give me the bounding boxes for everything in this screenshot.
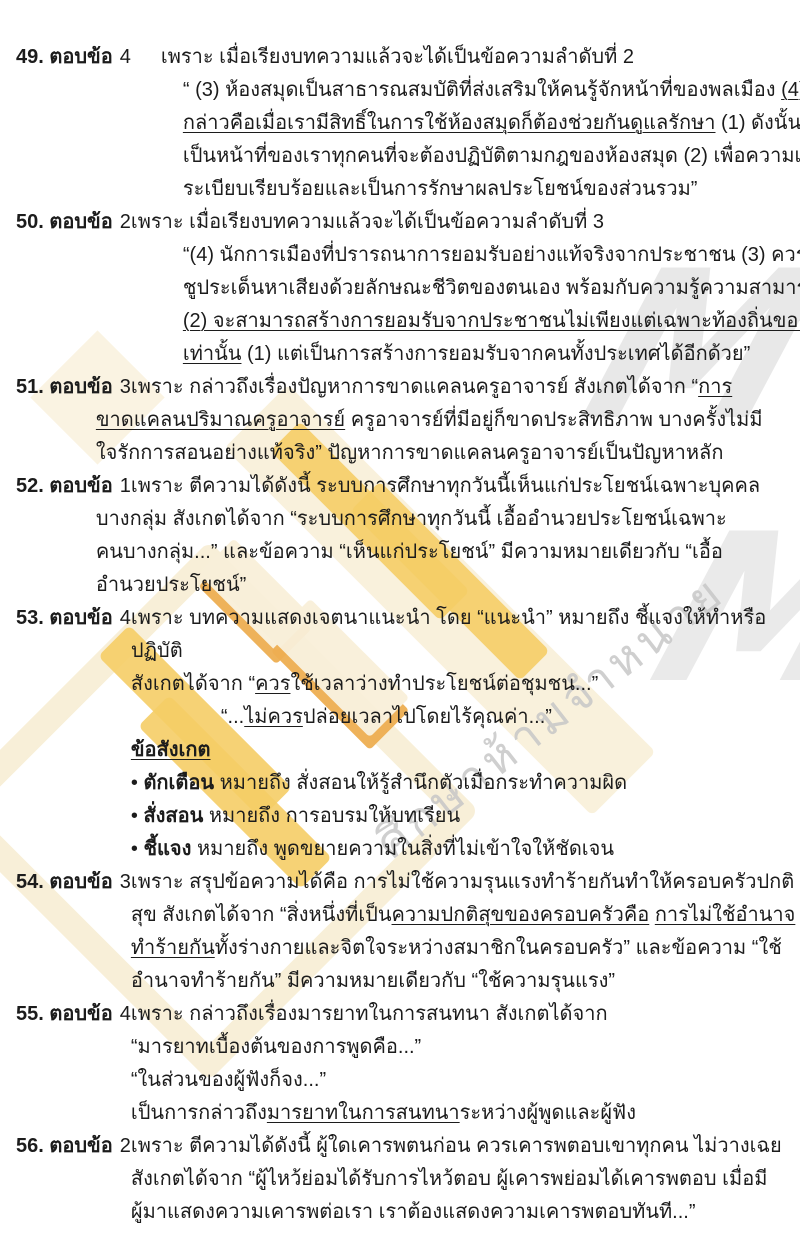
answer-choice: 2 [113,211,131,233]
explanation-line: “(4) นักการเมืองที่ปรารถนาการยอมรับอย่าง… [183,239,800,272]
explanation-line: สังเกตได้จาก “ควรใช้เวลาว่างทำประโยชน์ต่… [131,668,800,701]
answer-item-55: 55. ตอบข้อ4เพราะ กล่าวถึงเรื่องมารยาทในก… [0,998,800,1130]
answer-choice: 3 [113,376,131,398]
item-number-and-answer: 51. ตอบข้อ3 [0,371,131,404]
answer-list: 49. ตอบข้อ4เพราะ เมื่อเรียงบทความแล้วจะไ… [0,0,800,1229]
item-number: 54. ตอบข้อ [16,871,113,893]
explanation-body: เพราะ เมื่อเรียงบทความแล้วจะได้เป็นข้อคว… [131,41,800,206]
explanation-line: เพราะ เมื่อเรียงบทความแล้วจะได้เป็นข้อคว… [161,41,800,74]
explanation-line: • ชี้แจง หมายถึง พูดขยายความในสิ่งที่ไม่… [131,833,800,866]
explanation-line: “ (3) ห้องสมุดเป็นสาธารณสมบัติที่ส่งเสริ… [183,74,800,107]
explanation-line: • ตักเตือน หมายถึง สั่งสอนให้รู้สำนึกตัว… [131,767,800,800]
item-number-and-answer: 55. ตอบข้อ4 [0,998,131,1031]
answer-choice: 1 [113,475,131,497]
explanation-line: ขาดแคลนปริมาณครูอาจารย์ ครูอาจารย์ที่มีอ… [96,404,800,437]
explanation-line: “มารยาทเบื้องต้นของการพูดคือ...” [131,1031,800,1064]
answer-item-49: 49. ตอบข้อ4เพราะ เมื่อเรียงบทความแล้วจะไ… [0,41,800,206]
explanation-line: สุข สังเกตได้จาก “สิ่งหนึ่งที่เป็นความปก… [131,899,800,932]
explanation-line: สังเกตได้จาก “ผู้ไหว้ย่อมได้รับการไหว้ตอ… [131,1163,800,1196]
explanation-line: เพราะ เมื่อเรียงบทความแล้วจะได้เป็นข้อคว… [131,206,800,239]
explanation-body: เพราะ ตีความได้ดังนี้ ระบบการศึกษาทุกวัน… [131,470,800,602]
explanation-body: เพราะ บทความแสดงเจตนาแนะนำ โดย “แนะนำ” ห… [131,602,800,866]
explanation-line: ระเบียบเรียบร้อยและเป็นการรักษาผลประโยชน… [183,173,800,206]
explanation-line: เพราะ ตีความได้ดังนี้ ผู้ใดเคารพตนก่อน ค… [131,1130,800,1163]
explanation-body: เพราะ กล่าวถึงเรื่องมารยาทในการสนทนา สัง… [131,998,800,1130]
explanation-line: เพราะ บทความแสดงเจตนาแนะนำ โดย “แนะนำ” ห… [131,602,800,635]
explanation-line: บางกลุ่ม สังเกตได้จาก “ระบบการศึกษาทุกวั… [96,503,800,536]
item-number: 51. ตอบข้อ [16,376,113,398]
answer-item-54: 54. ตอบข้อ3เพราะ สรุปข้อความได้คือ การไม… [0,866,800,998]
item-number-and-answer: 56. ตอบข้อ2 [0,1130,131,1163]
item-number-and-answer: 53. ตอบข้อ4 [0,602,131,635]
explanation-line: ทำร้ายกันทั้งร่างกายและจิตใจระหว่างสมาชิ… [131,932,800,965]
answer-item-51: 51. ตอบข้อ3เพราะ กล่าวถึงเรื่องปัญหาการข… [0,371,800,470]
item-number: 53. ตอบข้อ [16,607,113,629]
answer-item-53: 53. ตอบข้อ4เพราะ บทความแสดงเจตนาแนะนำ โด… [0,602,800,866]
item-number-and-answer: 54. ตอบข้อ3 [0,866,131,899]
explanation-line: เท่านั้น (1) แต่เป็นการสร้างการยอมรับจาก… [183,338,800,371]
item-number: 50. ตอบข้อ [16,211,113,233]
item-number-and-answer: 52. ตอบข้อ1 [0,470,131,503]
answer-choice: 3 [113,871,131,893]
explanation-line: ปฏิบัติ [131,635,800,668]
explanation-line: กล่าวคือเมื่อเรามีสิทธิ์ในการใช้ห้องสมุด… [183,107,800,140]
explanation-line: เพราะ ตีความได้ดังนี้ ระบบการศึกษาทุกวัน… [131,470,800,503]
item-number: 55. ตอบข้อ [16,1003,113,1025]
item-number: 56. ตอบข้อ [16,1135,113,1157]
explanation-line: ข้อสังเกต [131,734,800,767]
explanation-line: อำนวยประโยชน์” [96,569,800,602]
item-number-and-answer: 50. ตอบข้อ2 [0,206,131,239]
answer-choice: 4 [113,1003,131,1025]
answer-item-52: 52. ตอบข้อ1เพราะ ตีความได้ดังนี้ ระบบการ… [0,470,800,602]
explanation-body: เพราะ เมื่อเรียงบทความแล้วจะได้เป็นข้อคว… [131,206,800,371]
item-number: 52. ตอบข้อ [16,475,113,497]
explanation-line: “...ไม่ควรปล่อยเวลาไปโดยไร้คุณค่า...” [221,701,800,734]
explanation-body: เพราะ ตีความได้ดังนี้ ผู้ใดเคารพตนก่อน ค… [131,1130,800,1229]
answer-choice: 2 [113,1135,131,1157]
answer-choice: 4 [113,46,131,68]
explanation-line: อำนาจทำร้ายกัน” มีความหมายเดียวกับ “ใช้ค… [131,965,800,998]
explanation-line: เพราะ กล่าวถึงเรื่องปัญหาการขาดแคลนครูอา… [131,371,800,404]
explanation-body: เพราะ กล่าวถึงเรื่องปัญหาการขาดแคลนครูอา… [131,371,800,470]
explanation-line: ใจรักการสอนอย่างแท้จริง” ปัญหาการขาดแคลน… [96,437,800,470]
explanation-line: เป็นหน้าที่ของเราทุกคนที่จะต้องปฏิบัติตา… [183,140,800,173]
explanation-body: เพราะ สรุปข้อความได้คือ การไม่ใช้ความรุน… [131,866,800,998]
item-number: 49. ตอบข้อ [16,46,113,68]
explanation-line: เป็นการกล่าวถึงมารยาทในการสนทนาระหว่างผู… [131,1097,800,1130]
explanation-line: เพราะ สรุปข้อความได้คือ การไม่ใช้ความรุน… [131,866,800,899]
answer-item-56: 56. ตอบข้อ2เพราะ ตีความได้ดังนี้ ผู้ใดเค… [0,1130,800,1229]
explanation-line: ชูประเด็นหาเสียงด้วยลักษณะชีวิตของตนเอง … [183,272,800,305]
answer-item-50: 50. ตอบข้อ2เพราะ เมื่อเรียงบทความแล้วจะไ… [0,206,800,371]
explanation-line: คนบางกลุ่ม...” และข้อความ “เห็นแก่ประโยช… [96,536,800,569]
explanation-line: “ในส่วนของผู้ฟังก็จง...” [131,1064,800,1097]
item-number-and-answer: 49. ตอบข้อ4 [0,41,131,74]
explanation-line: • สั่งสอน หมายถึง การอบรมให้บทเรียน [131,800,800,833]
answer-choice: 4 [113,607,131,629]
explanation-line: เพราะ กล่าวถึงเรื่องมารยาทในการสนทนา สัง… [131,998,800,1031]
explanation-line: (2) จะสามารถสร้างการยอมรับจากประชาชนไม่เ… [183,305,800,338]
explanation-line: ผู้มาแสดงความเคารพต่อเรา เราต้องแสดงความ… [131,1196,800,1229]
document-page: M M ศึกษาห้ามจำหน่าย 49. ตอบข้อ4เพราะ เม… [0,0,800,1240]
